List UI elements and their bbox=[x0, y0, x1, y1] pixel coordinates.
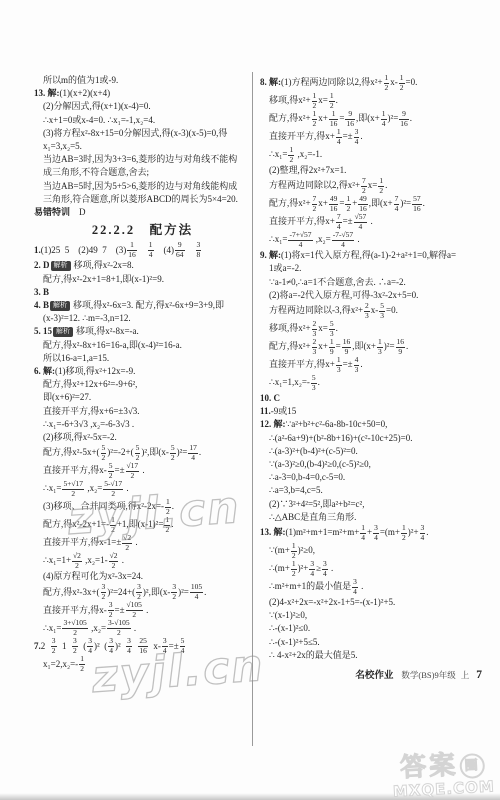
text-line: 11.-9或15 bbox=[260, 405, 484, 418]
fraction: 12 bbox=[345, 195, 351, 213]
text-line: 7.2 32 1 32 (34)² (34)² 34 2516 x-34=±54 bbox=[34, 637, 251, 655]
fraction: 72 bbox=[361, 177, 367, 195]
fraction: 52 bbox=[101, 444, 107, 462]
fraction: 52 bbox=[135, 444, 141, 462]
line-text: ∴x₁=1+√22 ,x₂=1-√22 . bbox=[43, 555, 124, 565]
text-line: ∴ 4-x²+2x的最大值是5. bbox=[260, 649, 484, 662]
fraction: 174 bbox=[188, 444, 198, 462]
line-text: 2 32 1 32 (34)² (34)² 34 2516 x-34=±54 bbox=[41, 641, 187, 651]
text-line: 配方,得x²-3x+(32)²=24+(32)²,即(x-32)²=1054. bbox=[34, 583, 251, 601]
fraction: √22 bbox=[122, 534, 132, 552]
line-text: x₁=3,x₂=5. bbox=[43, 141, 82, 151]
fraction: √22 bbox=[72, 552, 82, 570]
line-text: ∵(m+12)²≥0, bbox=[269, 545, 315, 555]
line-text: 配方,得x²+12x+116=916,即(x+14)²=916. bbox=[269, 113, 412, 123]
workbook-edition: 数学(BS)9年级 bbox=[401, 670, 455, 680]
line-text: 所以m的值为1或-9. bbox=[43, 75, 118, 85]
line-text: ∴x₁=1,x₂=-53. bbox=[269, 377, 320, 387]
item-number: 1. bbox=[34, 245, 41, 255]
fraction: 169 bbox=[342, 338, 352, 356]
fraction: 14 bbox=[381, 110, 387, 128]
fraction: 5-√172 bbox=[103, 480, 123, 498]
line-text: ∴x₁=-6+3√3 ,x₂=-6-3√3 . bbox=[43, 419, 134, 429]
line-text: 移项,得x²-2x=8. bbox=[74, 260, 134, 270]
text-line: ∵(x-1)²≥0, bbox=[260, 609, 484, 622]
line-text: 方程两边同除以2,得x²+72x=12. bbox=[269, 180, 387, 190]
text-line: 移项,得x²+23x=53. bbox=[260, 320, 484, 338]
line-text: 直接开平方,得x-52=±√172 . bbox=[43, 465, 145, 475]
text-line: 1.(1)25 5 (2)49 7 (3)116 14 (4)964 38 bbox=[34, 241, 251, 259]
item-number: 10. C bbox=[260, 393, 280, 403]
line-text: ∵(x-1)²≥0, bbox=[269, 610, 307, 620]
workbook-brand: 名校作业 bbox=[355, 671, 393, 681]
line-text: -9或15 bbox=[271, 406, 297, 416]
line-text: 配方,得x²-8x+16=16-a,即(x-4)²=16-a. bbox=[43, 340, 182, 350]
page-footer: 名校作业数学(BS)9年级上7 bbox=[260, 669, 484, 683]
workbook-volume: 上 bbox=[461, 670, 470, 680]
fraction: 34 bbox=[352, 578, 358, 596]
text-line: (x-3)²=12. ∴m=-3,n=12. bbox=[34, 312, 251, 325]
line-text: 1或a=-2. bbox=[269, 263, 301, 273]
fraction: 34 bbox=[162, 637, 168, 655]
line-text: 当边AB=5时,因为5+5>6,菱形的边与对角线能构成 bbox=[43, 181, 237, 191]
line-text: D bbox=[70, 207, 86, 217]
text-line: 配方,得x²+12x+116=916,即(x+14)²=916. bbox=[260, 110, 484, 128]
fraction: 34 bbox=[354, 128, 360, 146]
line-text: (1)25 5 (2)49 7 (3)116 14 (4)964 38 bbox=[41, 245, 203, 255]
text-line: (2)分解因式,得(x+1)(x-4)=0. bbox=[34, 100, 251, 113]
text-line: 所以m的值为1或-9. bbox=[34, 74, 251, 87]
text-line: 配方,得x²-8x+16=16-a,即(x-4)²=16-a. bbox=[34, 339, 251, 352]
line-text: ∴x₁=12 ,x₂=-1. bbox=[269, 149, 322, 159]
line-text: x₁=2,x₂=-12 bbox=[43, 659, 86, 669]
line-text: 即(x+6)²=27. bbox=[43, 392, 91, 402]
line-text: (1)移项,得x²+12x=-9. bbox=[55, 366, 135, 376]
fraction: -7+√574 bbox=[288, 231, 312, 249]
fraction: 14 bbox=[336, 128, 342, 146]
fraction: 72 bbox=[312, 195, 318, 213]
fraction: 916 bbox=[345, 110, 355, 128]
line-text: 移项,得x²+23x=53. bbox=[269, 323, 338, 333]
fraction: 34 bbox=[322, 560, 328, 578]
fraction: 34 bbox=[309, 560, 315, 578]
text-line: 6. 解:(1)移项,得x²+12x=-9. bbox=[34, 365, 251, 378]
fraction: 5+√172 bbox=[62, 480, 84, 498]
fraction: 12 bbox=[288, 146, 294, 164]
fraction: √1052 bbox=[126, 601, 143, 619]
line-text: 直接开平方,得x-32=±√1052 . bbox=[43, 605, 148, 615]
line-text: (2)分解因式,得(x+1)(x-4)=0. bbox=[43, 101, 151, 111]
line-text: 当边AB=3时,因为3+3=6,菱形的边与对角线不能构 bbox=[43, 154, 237, 164]
text-line: 配方,得x²+12x+6²=-9+6², bbox=[34, 378, 251, 391]
fraction: 38 bbox=[196, 241, 202, 259]
line-text: (2)∵3²+4²=5²,即a²+b²=c², bbox=[269, 499, 364, 509]
item-number: 13. 解: bbox=[260, 527, 286, 537]
line-text: ∵a-1≠0,∴a=1不合题意,舍去. ∴a=-2. bbox=[269, 277, 406, 287]
text-line: (4)原方程可化为x²-3x=24. bbox=[34, 570, 251, 583]
text-line: 2. D解析移项,得x²-2x=8. bbox=[34, 259, 251, 272]
section-heading: 22.2.2 配方法 bbox=[34, 219, 251, 241]
line-text: 直接开平方,得x+74=±√574 . bbox=[269, 216, 373, 226]
line-text: 配方,得x²-2x+1=-12+1,即(x-1)²=12. bbox=[43, 519, 173, 529]
fraction: 14 bbox=[148, 241, 154, 259]
item-number: 2. D bbox=[34, 260, 50, 270]
text-line: 1或a=-2. bbox=[260, 262, 484, 275]
text-line: 方程两边同除以-3,得x²+23x-53=0. bbox=[260, 302, 484, 320]
text-line: 13. 解:(1)m²+m+1=m²+m+14+34=(m+12)²+34. bbox=[260, 524, 484, 542]
fraction: 74 bbox=[336, 213, 342, 231]
fraction: 12 bbox=[79, 655, 85, 673]
fraction: 12 bbox=[291, 542, 297, 560]
fraction: 12 bbox=[312, 92, 318, 110]
item-number: 5. 15 bbox=[34, 326, 52, 336]
fraction: 54 bbox=[180, 637, 186, 655]
text-line: 易错特训 D bbox=[34, 206, 251, 219]
fraction: 13 bbox=[336, 356, 342, 374]
line-text: ∴m²+m+1的最小值是34 . bbox=[269, 581, 363, 591]
page-number: 7 bbox=[476, 669, 482, 681]
text-line: (2)4-x²+2x=-x²+2x-1+5=-(x-1)²+5. bbox=[260, 596, 484, 609]
text-line: x₁=3,x₂=5. bbox=[34, 140, 251, 153]
text-line: 即(x+6)²=27. bbox=[34, 391, 251, 404]
fraction: 34 bbox=[108, 637, 114, 655]
line-text: (2)4-x²+2x=-x²+2x-1+5=-(x-1)²+5. bbox=[269, 597, 395, 607]
line-text: 配方,得x²-3x+(32)²=24+(32)²,即(x-32)²=1054. bbox=[43, 587, 206, 597]
fraction: 53 bbox=[311, 374, 317, 392]
fraction: 116 bbox=[127, 241, 137, 259]
line-text: ∴(a²-6a+9)+(b²-8b+16)+(c²-10c+25)=0. bbox=[269, 433, 412, 443]
fraction: 5716 bbox=[412, 195, 422, 213]
text-line: 12. 解:∵a²+b²+c²-6a-8b-10c+50=0, bbox=[260, 418, 484, 431]
fraction: 52 bbox=[108, 462, 114, 480]
item-number: 7. bbox=[34, 641, 41, 651]
text-line: ∴△ABC是直角三角形. bbox=[260, 511, 484, 524]
line-text: ∴(a-3)²+(b-4)²+(c-5)²=0. bbox=[269, 446, 358, 456]
line-text: ∴ 4-x²+2x的最大值是5. bbox=[269, 650, 358, 660]
fraction: 116 bbox=[329, 110, 339, 128]
text-line: 直接开平方,得x-32=±√1052 . bbox=[34, 601, 251, 619]
fraction: 32 bbox=[101, 583, 107, 601]
line-text: 移项,得x²-6x=3. 配方,得x²-6x+9=3+9,即 bbox=[73, 300, 224, 310]
line-text: (2)移项,得x²-5x=-2. bbox=[43, 432, 117, 442]
fraction: 12 bbox=[329, 92, 335, 110]
text-line: ∴x₁=12 ,x₂=-1. bbox=[260, 146, 484, 164]
fraction: 3+√1052 bbox=[62, 619, 87, 637]
fraction: 2516 bbox=[138, 637, 148, 655]
fraction: 23 bbox=[312, 338, 318, 356]
line-text: 直接开平方,得x+13=±43. bbox=[269, 359, 363, 369]
text-line: 配方,得x²-2x+1=8+1,即(x-1)²=9. bbox=[34, 273, 251, 286]
text-line: 成三角形,不符合题意,舍去; bbox=[34, 166, 251, 179]
fraction: √574 bbox=[354, 213, 368, 231]
fraction: 34 bbox=[420, 524, 426, 542]
fraction: 19 bbox=[329, 338, 335, 356]
text-line: (3)移项、合并同类项,得x²-2x=-12. bbox=[34, 498, 251, 516]
text-line: ∴x₁=1+√22 ,x₂=1-√22 . bbox=[34, 552, 251, 570]
text-line: 直接开平方,得x+6=±3√3. bbox=[34, 405, 251, 418]
text-line: 当边AB=3时,因为3+3=6,菱形的边与对角线不能构 bbox=[34, 153, 251, 166]
heading-text: 22.2.2 配方法 bbox=[92, 223, 193, 237]
text-line: 5. 15解析移项,得x²-8x=-a. bbox=[34, 325, 251, 338]
fraction: -7-√574 bbox=[332, 231, 354, 249]
item-number: 11. bbox=[260, 406, 271, 416]
column-divider bbox=[252, 72, 253, 746]
text-line: (2)将a=-2代入原方程,可得-3x²-2x+5=0. bbox=[260, 289, 484, 302]
fraction: 12 bbox=[401, 524, 407, 542]
text-line: 10. C bbox=[260, 392, 484, 405]
fraction: 12 bbox=[312, 110, 318, 128]
text-line: ∴-(x-1)²≤0. bbox=[260, 622, 484, 635]
line-text: ∵a²+b²+c²-6a-8b-10c+50=0, bbox=[286, 419, 388, 429]
fraction: 169 bbox=[396, 338, 406, 356]
item-number: 4. B bbox=[34, 300, 49, 310]
text-line: 三角形,符合题意,所以菱形ABCD的周长为5×4=20. bbox=[34, 193, 251, 206]
fraction: 12 bbox=[291, 560, 297, 578]
text-line: 当边AB=5时,因为5+5>6,菱形的边与对角线能构成 bbox=[34, 180, 251, 193]
text-line: 直接开平方,得x+13=±43. bbox=[260, 356, 484, 374]
text-line: ∵(m+12)²≥0, bbox=[260, 542, 484, 560]
line-text: ∴x₁=3+√1052 ,x₂=3-√1052 . bbox=[43, 623, 136, 633]
line-text: ∴-(x-1)²+5≤5. bbox=[269, 637, 320, 647]
fraction: 23 bbox=[312, 320, 318, 338]
fraction: 53 bbox=[379, 302, 385, 320]
line-text: (3)移项、合并同类项,得x²-2x=-12. bbox=[43, 501, 174, 511]
text-line: ∴a=3,b=4,c=5. bbox=[260, 484, 484, 497]
analysis-badge: 解析 bbox=[53, 327, 73, 337]
fraction: 964 bbox=[175, 241, 185, 259]
text-line: 3. B bbox=[34, 286, 251, 299]
fraction: 34 bbox=[373, 524, 379, 542]
text-line: ∴x₁=5+√172 ,x₂=5-√172 . bbox=[34, 480, 251, 498]
text-line: 配方,得x²-5x+(52)²=-2+(52)²,即(x-52)²=174. bbox=[34, 444, 251, 462]
fraction: 12 bbox=[165, 498, 171, 516]
text-line: ∴(a-3)²+(b-4)²+(c-5)²=0. bbox=[260, 445, 484, 458]
fraction: 43 bbox=[354, 356, 360, 374]
fraction: √22 bbox=[109, 552, 119, 570]
fraction: 12 bbox=[399, 74, 405, 92]
line-text: ∴(m+12)²+34≥34 . bbox=[269, 563, 333, 573]
fraction: 32 bbox=[108, 601, 114, 619]
line-text: ∴x₁=-7+√574 ,x₂=-7-√574 . bbox=[269, 234, 360, 244]
line-text: (1)(x+2)(x+4) bbox=[60, 88, 111, 98]
text-line: 4. B解析移项,得x²-6x=3. 配方,得x²-6x+9=3+9,即 bbox=[34, 299, 251, 312]
line-text: 成三角形,不符合题意,舍去; bbox=[43, 167, 149, 177]
fraction: 916 bbox=[399, 110, 409, 128]
text-line: 配方,得x²-2x+1=-12+1,即(x-1)²=12. bbox=[34, 516, 251, 534]
line-text: 配方,得x²-2x+1=8+1,即(x-1)²=9. bbox=[43, 274, 164, 284]
item-number: 易错特训 bbox=[34, 207, 70, 217]
text-line: (2)整理,得2x²+7x=1. bbox=[260, 164, 484, 177]
fraction: 53 bbox=[329, 320, 335, 338]
line-text: 移项,得x²+12x=12. bbox=[269, 95, 338, 105]
text-line: 直接开平方,得x+14=±34. bbox=[260, 128, 484, 146]
line-text: ∴x₁=5+√172 ,x₂=5-√172 . bbox=[43, 483, 129, 493]
line-text: (2)整理,得2x²+7x=1. bbox=[269, 165, 346, 175]
circle-logo-icon: 圈 bbox=[460, 753, 486, 779]
fraction: 1054 bbox=[190, 583, 203, 601]
text-line: ∴x₁=-7+√574 ,x₂=-7-√574 . bbox=[260, 231, 484, 249]
fraction: 12 bbox=[378, 177, 384, 195]
text-line: ∴x+1=0或x-4=0. ∴x₁=-1,x₂=4. bbox=[34, 114, 251, 127]
scanned-answer-page: 所以m的值为1或-9.13. 解:(1)(x+2)(x+4)(2)分解因式,得(… bbox=[0, 0, 500, 800]
text-line: (3)将方程x²-8x+15=0分解因式,得(x-3)(x-5)=0,得 bbox=[34, 127, 251, 140]
analysis-badge: 解析 bbox=[50, 301, 70, 311]
line-text: ∵(a-3)²≥0,(b-4)²≥0,(c-5)²≥0, bbox=[269, 459, 371, 469]
fraction: 32 bbox=[51, 637, 57, 655]
fraction: 12 bbox=[164, 516, 170, 534]
fraction: 12 bbox=[110, 516, 116, 534]
text-line: 配方,得x²+23x+19=169,即(x+13)²=169. bbox=[260, 338, 484, 356]
item-number: 12. 解: bbox=[260, 419, 286, 429]
line-text: 直接开平方,得x+6=±3√3. bbox=[43, 406, 140, 416]
text-line: ∴m²+m+1的最小值是34 . bbox=[260, 578, 484, 596]
line-text: 方程两边同除以-3,得x²+23x-53=0. bbox=[269, 305, 398, 315]
answer-site-logo: 答案圈 MXQE.COM bbox=[391, 742, 496, 800]
text-line: ∴-(x-1)²+5≤5. bbox=[260, 636, 484, 649]
line-text: (2)将a=-2代入原方程,可得-3x²-2x+5=0. bbox=[269, 290, 418, 300]
text-line: ∵a-1≠0,∴a=1不合题意,舍去. ∴a=-2. bbox=[260, 276, 484, 289]
text-line: ∴x₁=1,x₂=-53. bbox=[260, 374, 484, 392]
fraction: √172 bbox=[126, 462, 140, 480]
line-text: 配方,得x²+12x+6²=-9+6², bbox=[43, 379, 137, 389]
fraction: 23 bbox=[364, 302, 370, 320]
line-text: 配方,得x²+72x+4916=12+4916,即(x+74)²=5716. bbox=[269, 198, 425, 208]
fraction: 3-√1052 bbox=[107, 619, 131, 637]
text-line: (2)移项,得x²-5x=-2. bbox=[34, 431, 251, 444]
text-line: 13. 解:(1)(x+2)(x+4) bbox=[34, 87, 251, 100]
text-line: 9. 解:(1)将x=1代入原方程,得(a-1)-2+a²+1=0,解得a= bbox=[260, 249, 484, 262]
line-text: 所以16-a=1,a=15. bbox=[43, 353, 109, 363]
fraction: 32 bbox=[136, 583, 142, 601]
fraction: 34 bbox=[126, 637, 132, 655]
fraction: 32 bbox=[72, 637, 78, 655]
text-line: 移项,得x²+12x=12. bbox=[260, 92, 484, 110]
line-text: (1)m²+m+1=m²+m+14+34=(m+12)²+34. bbox=[286, 527, 429, 537]
text-line: 8. 解:(1)方程两边同除以2,得x²+12x-12=0. bbox=[260, 74, 484, 92]
text-line: 直接开平方,得x-52=±√172 . bbox=[34, 462, 251, 480]
text-line: ∴a-3=0,b-4=0,c-5=0. bbox=[260, 471, 484, 484]
fraction: 14 bbox=[360, 524, 366, 542]
text-line: (2)∵3²+4²=5²,即a²+b²=c², bbox=[260, 498, 484, 511]
line-text: (x-3)²=12. ∴m=-3,n=12. bbox=[43, 313, 131, 323]
text-line: ∴x₁=-6+3√3 ,x₂=-6-3√3 . bbox=[34, 418, 251, 431]
line-text: 三角形,符合题意,所以菱形ABCD的周长为5×4=20. bbox=[43, 194, 238, 204]
text-line: 方程两边同除以2,得x²+72x=12. bbox=[260, 177, 484, 195]
text-line: 所以16-a=1,a=15. bbox=[34, 352, 251, 365]
line-text: (1)方程两边同除以2,得x²+12x-12=0. bbox=[281, 77, 417, 87]
line-text: ∴△ABC是直角三角形. bbox=[269, 512, 356, 522]
item-number: 13. 解: bbox=[34, 88, 60, 98]
text-line: 配方,得x²+72x+4916=12+4916,即(x+74)²=5716. bbox=[260, 195, 484, 213]
item-number: 6. 解: bbox=[34, 366, 55, 376]
fraction: 13 bbox=[377, 338, 383, 356]
analysis-badge: 解析 bbox=[51, 261, 71, 271]
fraction: 32 bbox=[171, 583, 177, 601]
left-column: 所以m的值为1或-9.13. 解:(1)(x+2)(x+4)(2)分解因式,得(… bbox=[34, 74, 251, 673]
fraction: 4916 bbox=[358, 195, 368, 213]
fraction: 74 bbox=[394, 195, 400, 213]
line-text: ∴x+1=0或x-4=0. ∴x₁=-1,x₂=4. bbox=[43, 115, 155, 125]
item-number: 3. B bbox=[34, 287, 49, 297]
line-text: ∴a-3=0,b-4=0,c-5=0. bbox=[269, 472, 345, 482]
text-line: ∴(a²-6a+9)+(b²-8b+16)+(c²-10c+25)=0. bbox=[260, 432, 484, 445]
text-line: ∵(a-3)²≥0,(b-4)²≥0,(c-5)²≥0, bbox=[260, 458, 484, 471]
text-line: 直接开平方,得x-1=±√22 . bbox=[34, 534, 251, 552]
line-text: 移项,得x²-8x=-a. bbox=[76, 326, 139, 336]
fraction: 52 bbox=[170, 444, 176, 462]
line-text: (1)将x=1代入原方程,得(a-1)-2+a²+1=0,解得a= bbox=[281, 250, 456, 260]
line-text: ∴-(x-1)²≤0. bbox=[269, 623, 310, 633]
text-line: ∴(m+12)²+34≥34 . bbox=[260, 560, 484, 578]
text-line: x₁=2,x₂=-12 bbox=[34, 655, 251, 673]
fraction: 34 bbox=[87, 637, 93, 655]
fraction: 12 bbox=[384, 74, 390, 92]
item-number: 9. 解: bbox=[260, 250, 281, 260]
line-text: 直接开平方,得x-1=±√22 . bbox=[43, 537, 138, 547]
line-text: (4)原方程可化为x²-3x=24. bbox=[43, 571, 143, 581]
fraction: 4916 bbox=[329, 195, 339, 213]
text-line: ∴x₁=3+√1052 ,x₂=3-√1052 . bbox=[34, 619, 251, 637]
line-text: (3)将方程x²-8x+15=0分解因式,得(x-3)(x-5)=0,得 bbox=[43, 128, 227, 138]
line-text: ∴a=3,b=4,c=5. bbox=[269, 485, 323, 495]
text-line: 直接开平方,得x+74=±√574 . bbox=[260, 213, 484, 231]
right-column: 8. 解:(1)方程两边同除以2,得x²+12x-12=0.移项,得x²+12x… bbox=[260, 74, 484, 683]
line-text: 配方,得x²-5x+(52)²=-2+(52)²,即(x-52)²=174. bbox=[43, 447, 201, 457]
item-number: 8. 解: bbox=[260, 77, 281, 87]
line-text: 直接开平方,得x+14=±34. bbox=[269, 131, 363, 141]
line-text: 配方,得x²+23x+19=169,即(x+13)²=169. bbox=[269, 341, 408, 351]
